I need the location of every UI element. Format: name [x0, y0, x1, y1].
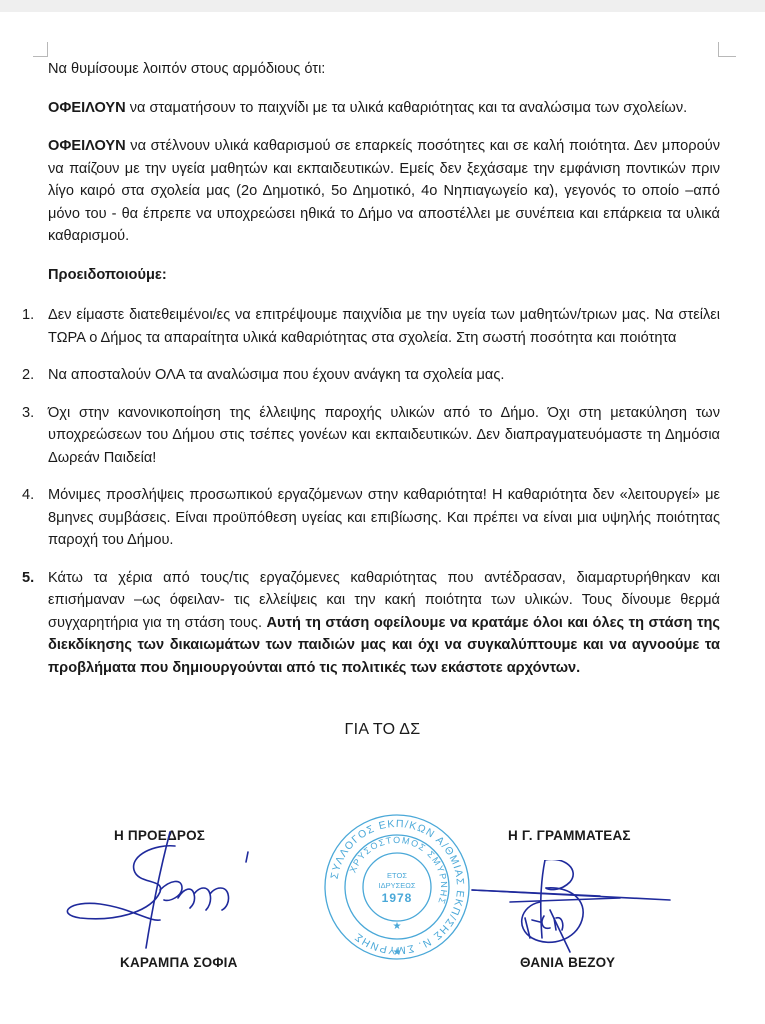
stamp-star-icon: ★ [393, 921, 402, 932]
page-corner-mark-left [33, 42, 48, 57]
list-item-number: 2. [22, 364, 34, 387]
paragraph-1-text: να σταματήσουν το παιχνίδι με τα υλικά κ… [126, 100, 688, 116]
list-item-number: 3. [22, 402, 34, 425]
stamp-star-icon: ★ [393, 947, 402, 958]
president-signature-icon [60, 830, 300, 960]
paragraph-2: ΟΦΕΙΛΟΥΝ να στέλνουν υλικά καθαρισμού σε… [48, 135, 720, 248]
stamp-center-line2: ΙΔΡΥΣΕΩΣ [379, 881, 416, 890]
list-item-text: Όχι στην κανονικοποίηση της έλλειψης παρ… [48, 405, 720, 466]
stamp-year: 1978 [382, 891, 413, 905]
intro-line: Να θυμίσουμε λοιπόν στους αρμόδιους ότι: [48, 58, 720, 81]
demands-list: 1. Δεν είμαστε διατεθειμένοι/ες να επιτρ… [22, 304, 720, 679]
list-item: 4. Μόνιμες προσλήψεις προσωπικού εργαζόμ… [22, 484, 720, 552]
president-name: ΚΑΡΑΜΠΑ ΣΟΦΙΑ [120, 955, 238, 970]
board-title: ΓΙΑ ΤΟ ΔΣ [0, 721, 765, 739]
list-item-text: Μόνιμες προσλήψεις προσωπικού εργαζόμενω… [48, 487, 720, 548]
paragraph-1: ΟΦΕΙΛΟΥΝ να σταματήσουν το παιχνίδι με τ… [48, 97, 720, 120]
list-item-number: 5. [22, 567, 34, 590]
list-item-number: 4. [22, 484, 34, 507]
paragraph-2-bold: ΟΦΕΙΛΟΥΝ [48, 138, 126, 154]
list-item-number: 1. [22, 304, 34, 327]
list-item-text: Να αποσταλούν ΟΛΑ τα αναλώσιμα που έχουν… [48, 367, 504, 383]
top-scroll-bar [0, 0, 765, 12]
paragraph-1-bold: ΟΦΕΙΛΟΥΝ [48, 100, 126, 116]
paragraph-2-text: να στέλνουν υλικά καθαρισμού σε επαρκείς… [48, 138, 720, 244]
list-item-text: Δεν είμαστε διατεθειμένοι/ες να επιτρέψο… [48, 307, 720, 346]
list-item: 2. Να αποσταλούν ΟΛΑ τα αναλώσιμα που έχ… [22, 364, 720, 387]
secretary-name: ΘΑΝΙΑ ΒΕΖΟΥ [520, 955, 615, 970]
list-item: 5. Κάτω τα χέρια από τους/τις εργαζόμενε… [22, 567, 720, 680]
warning-heading: Προειδοποιούμε: [48, 264, 720, 287]
secretary-title: Η Γ. ΓΡΑΜΜΑΤΕΑΣ [508, 828, 631, 843]
association-stamp-icon: ΣΥΛΛΟΓΟΣ ΕΚΠ/ΚΩΝ Α/ΘΜΙΑΣ ΕΚΠ/ΣΗΣ Ν. ΣΜΥΡ… [322, 812, 472, 962]
page-corner-mark-right [718, 42, 736, 57]
list-item: 3. Όχι στην κανονικοποίηση της έλλειψης … [22, 402, 720, 470]
stamp-center-line1: ΕΤΟΣ [387, 871, 407, 880]
document-body: Να θυμίσουμε λοιπόν στους αρμόδιους ότι:… [48, 58, 720, 286]
list-item: 1. Δεν είμαστε διατεθειμένοι/ες να επιτρ… [22, 304, 720, 349]
secretary-signature-icon [470, 860, 710, 960]
